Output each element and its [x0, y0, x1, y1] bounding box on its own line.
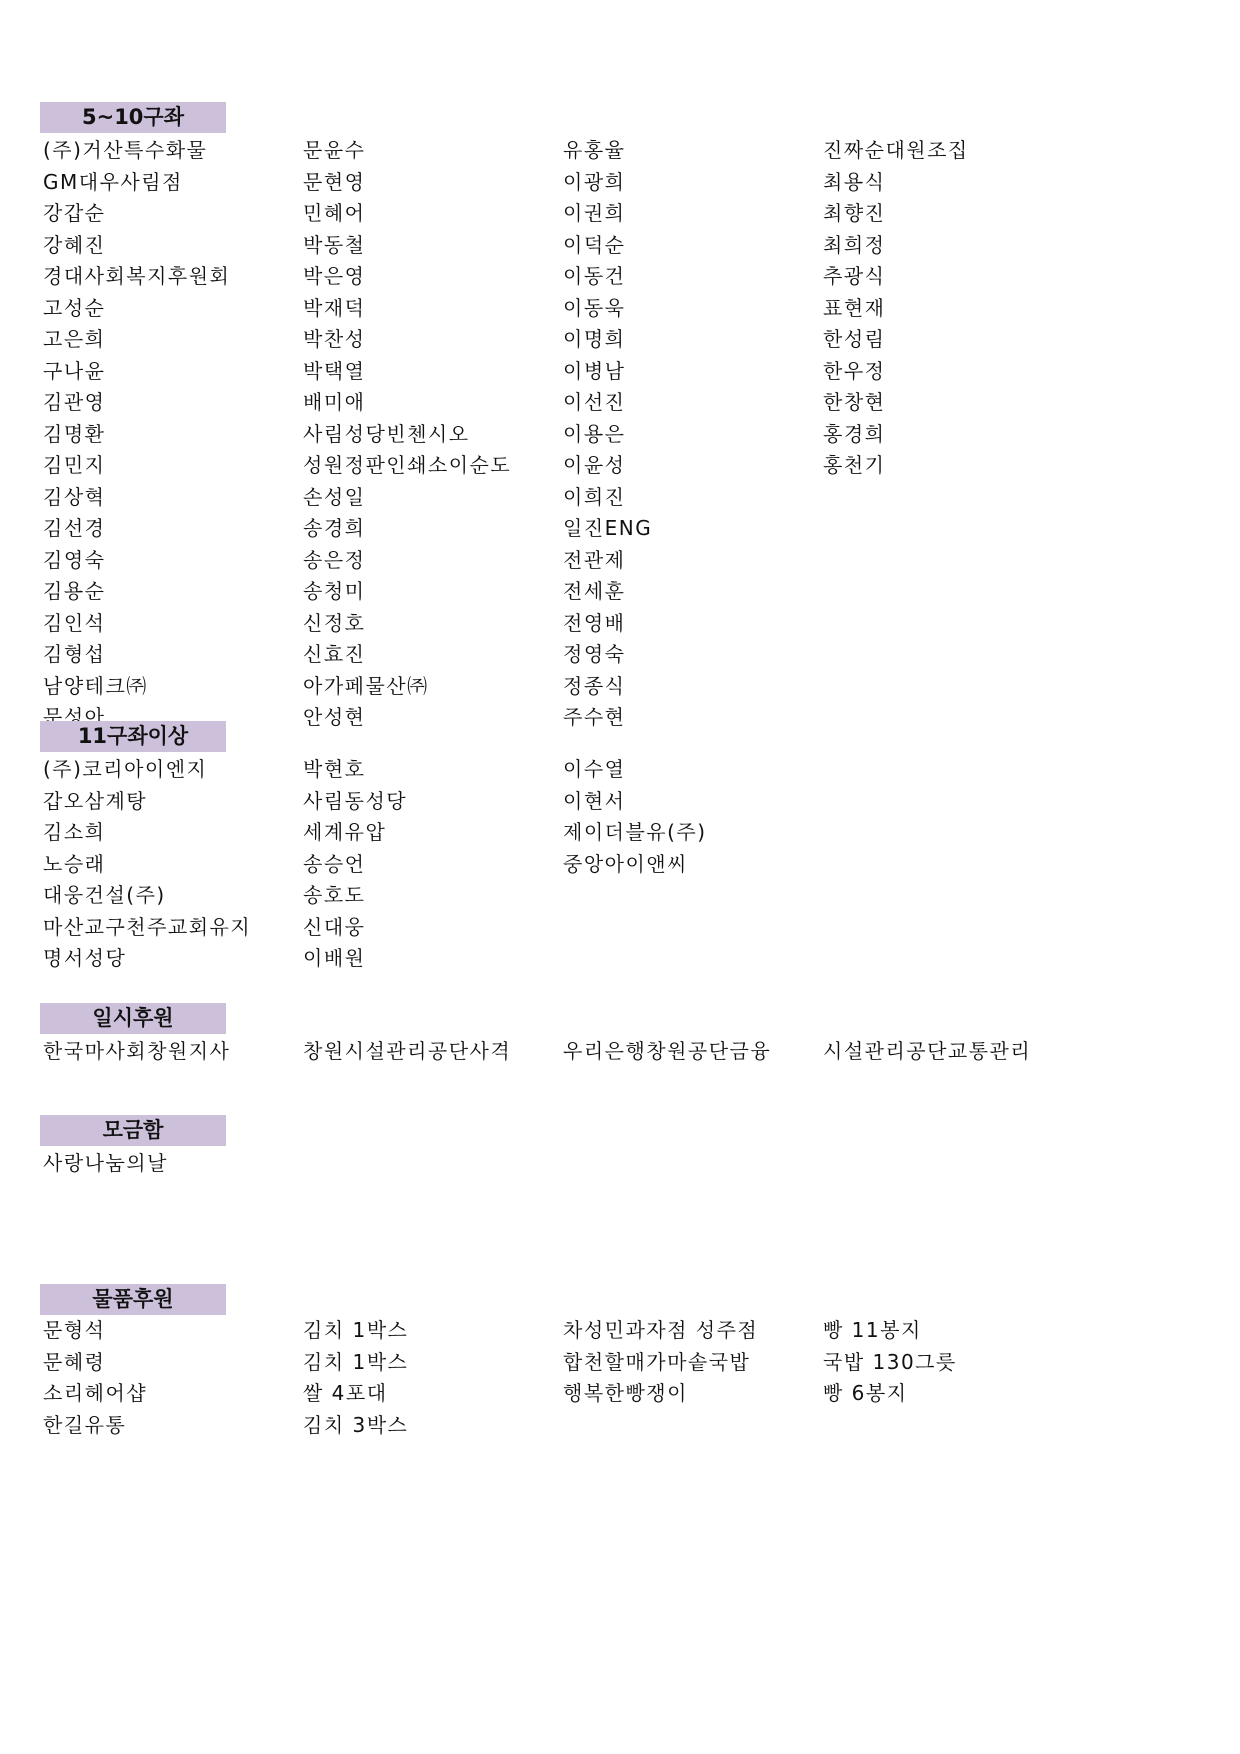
donor-name [560, 880, 820, 912]
donor-name: 고성순 [40, 293, 300, 325]
donor-grid: (주)거산특수화물GM대우사림점강갑순강혜진경대사회복지후원회고성순고은희구나윤… [40, 135, 1140, 734]
donor-name: 김명환 [40, 419, 300, 451]
section-5-10-accounts: 5~10구좌 (주)거산특수화물GM대우사림점강갑순강혜진경대사회복지후원회고성… [40, 102, 1140, 734]
donor-name: 홍천기 [820, 450, 1080, 482]
section-header: 일시후원 [40, 1003, 226, 1034]
donor-name: 전영배 [560, 608, 820, 640]
donor-name: 이동건 [560, 261, 820, 293]
donor-name: 최희정 [820, 230, 1080, 262]
donor-name: 표현재 [820, 293, 1080, 325]
donor-name: 유홍율 [560, 135, 820, 167]
donor-name: 명서성당 [40, 943, 300, 975]
donor-name: 배미애 [300, 387, 560, 419]
donor-name: 강갑순 [40, 198, 300, 230]
donor-name [820, 608, 1080, 640]
donor-name: 강혜진 [40, 230, 300, 262]
donor-name: 노승래 [40, 849, 300, 881]
section-goods-donation: 물품후원 문형석 김치 1박스 차성민과자점 성주점 빵 11봉지 문혜령 김치… [40, 1284, 1140, 1441]
donor-name: 송승언 [300, 849, 560, 881]
donor-name [820, 912, 1080, 944]
goods-item: 김치 1박스 [300, 1315, 560, 1347]
donor-name: 사림동성당 [300, 786, 560, 818]
donor-name [820, 754, 1080, 786]
donor-name: 경대사회복지후원회 [40, 261, 300, 293]
donor-name: 전세훈 [560, 576, 820, 608]
donor-name: 박택열 [300, 356, 560, 388]
donor-name: 김인석 [40, 608, 300, 640]
donor-name: 최용식 [820, 167, 1080, 199]
goods-donor: 문혜령 [40, 1347, 300, 1379]
section-donation-box: 모금함 사랑나눔의날 [40, 1115, 1140, 1180]
donor-name: 김형섭 [40, 639, 300, 671]
donor-name [820, 545, 1080, 577]
donor-name: 최향진 [820, 198, 1080, 230]
donor-name: 김선경 [40, 513, 300, 545]
donor-name [560, 943, 820, 975]
section-header: 5~10구좌 [40, 102, 226, 133]
donor-name: 김민지 [40, 450, 300, 482]
section-11-plus-accounts: 11구좌이상 (주)코리아이엔지갑오삼계탕김소희노승래대웅건설(주)마산교구천주… [40, 721, 1140, 975]
donor-name: 한창현 [820, 387, 1080, 419]
donor-name: 사랑나눔의날 [40, 1148, 300, 1180]
donor-name: 김관영 [40, 387, 300, 419]
goods-item: 김치 1박스 [300, 1347, 560, 1379]
donor-name: 추광식 [820, 261, 1080, 293]
goods-donor: 소리헤어샵 [40, 1378, 300, 1410]
donor-name: 이배원 [300, 943, 560, 975]
donor-name: 진짜순대원조집 [820, 135, 1080, 167]
donor-name: 송호도 [300, 880, 560, 912]
goods-donor: 차성민과자점 성주점 [560, 1315, 820, 1347]
donor-name [560, 912, 820, 944]
donor-name: 김용순 [40, 576, 300, 608]
donor-name [820, 1148, 1080, 1180]
donor-grid: (주)코리아이엔지갑오삼계탕김소희노승래대웅건설(주)마산교구천주교회유지명서성… [40, 754, 1140, 975]
section-header: 11구좌이상 [40, 721, 226, 752]
donor-name [560, 1148, 820, 1180]
donor-grid: 사랑나눔의날 [40, 1148, 1140, 1180]
donor-name: 정영숙 [560, 639, 820, 671]
donor-name [300, 1148, 560, 1180]
donor-name: 이덕순 [560, 230, 820, 262]
donor-name: 문윤수 [300, 135, 560, 167]
donor-name: 제이더블유(주) [560, 817, 820, 849]
donor-name [820, 943, 1080, 975]
donor-name: 박동철 [300, 230, 560, 262]
donor-name: 김상혁 [40, 482, 300, 514]
donor-name: 박현호 [300, 754, 560, 786]
donor-name: 박재덕 [300, 293, 560, 325]
donor-name: 중앙아이앤씨 [560, 849, 820, 881]
donor-name: 이광희 [560, 167, 820, 199]
goods-donor: 행복한빵쟁이 [560, 1378, 820, 1410]
goods-grid: 문형석 김치 1박스 차성민과자점 성주점 빵 11봉지 문혜령 김치 1박스 … [40, 1315, 1140, 1441]
donor-name: 우리은행창원공단금융 [560, 1036, 820, 1068]
donor-name: 민혜어 [300, 198, 560, 230]
donor-name: 송경희 [300, 513, 560, 545]
donor-name: 갑오삼계탕 [40, 786, 300, 818]
donor-name [820, 880, 1080, 912]
donor-name: (주)코리아이엔지 [40, 754, 300, 786]
donor-name: 홍경희 [820, 419, 1080, 451]
donor-name [820, 576, 1080, 608]
donor-name: 성원정판인쇄소이순도 [300, 450, 560, 482]
donor-name: 이용은 [560, 419, 820, 451]
goods-donor [560, 1410, 820, 1442]
goods-item: 빵 11봉지 [820, 1315, 1080, 1347]
goods-item: 김치 3박스 [300, 1410, 560, 1442]
donor-name: 신대웅 [300, 912, 560, 944]
goods-item: 국밥 130그릇 [820, 1347, 1080, 1379]
donor-name [820, 817, 1080, 849]
donor-name: 마산교구천주교회유지 [40, 912, 300, 944]
goods-item: 빵 6봉지 [820, 1378, 1080, 1410]
donor-name: 정종식 [560, 671, 820, 703]
donor-name: 이희진 [560, 482, 820, 514]
section-one-time-donation: 일시후원 한국마사회창원지사창원시설관리공단사격우리은행창원공단금융시설관리공단… [40, 1003, 1140, 1068]
donor-name [820, 482, 1080, 514]
donor-name: 이선진 [560, 387, 820, 419]
goods-donor: 합천할매가마솥국밥 [560, 1347, 820, 1379]
goods-item [820, 1410, 1080, 1442]
donor-name: 시설관리공단교통관리 [820, 1036, 1080, 1068]
donor-name: 한우정 [820, 356, 1080, 388]
donor-name: 이동욱 [560, 293, 820, 325]
donor-name [820, 786, 1080, 818]
donor-name: 이병남 [560, 356, 820, 388]
donor-name: 이권희 [560, 198, 820, 230]
section-header: 모금함 [40, 1115, 226, 1146]
donor-name: 세계유압 [300, 817, 560, 849]
donor-name: 한성림 [820, 324, 1080, 356]
donor-name: 신정호 [300, 608, 560, 640]
donor-name: 이현서 [560, 786, 820, 818]
donor-name: 한국마사회창원지사 [40, 1036, 300, 1068]
donor-name: 이윤성 [560, 450, 820, 482]
donor-name [820, 639, 1080, 671]
donor-name: 대웅건설(주) [40, 880, 300, 912]
donor-name: 박찬성 [300, 324, 560, 356]
goods-item: 쌀 4포대 [300, 1378, 560, 1410]
donor-name: 창원시설관리공단사격 [300, 1036, 560, 1068]
donor-name: 이명희 [560, 324, 820, 356]
donor-name: 고은희 [40, 324, 300, 356]
donor-name: 송청미 [300, 576, 560, 608]
donor-name: 아가페물산㈜ [300, 671, 560, 703]
donor-name: 일진ENG [560, 513, 820, 545]
donor-name: GM대우사림점 [40, 167, 300, 199]
donor-name: 구나윤 [40, 356, 300, 388]
donor-name: 박은영 [300, 261, 560, 293]
donor-name: 사림성당빈첸시오 [300, 419, 560, 451]
donor-name: 손성일 [300, 482, 560, 514]
donor-grid: 한국마사회창원지사창원시설관리공단사격우리은행창원공단금융시설관리공단교통관리 [40, 1036, 1140, 1068]
donor-name: 김영숙 [40, 545, 300, 577]
donor-name: 문현영 [300, 167, 560, 199]
donor-name: 이수열 [560, 754, 820, 786]
goods-donor: 한길유통 [40, 1410, 300, 1442]
donor-name: (주)거산특수화물 [40, 135, 300, 167]
donor-name [820, 513, 1080, 545]
donor-name [820, 849, 1080, 881]
donor-name [820, 671, 1080, 703]
donor-name: 송은정 [300, 545, 560, 577]
donor-name: 남양테크㈜ [40, 671, 300, 703]
donor-name: 김소희 [40, 817, 300, 849]
goods-donor: 문형석 [40, 1315, 300, 1347]
section-header: 물품후원 [40, 1284, 226, 1315]
donor-name: 전관제 [560, 545, 820, 577]
donor-name: 신효진 [300, 639, 560, 671]
